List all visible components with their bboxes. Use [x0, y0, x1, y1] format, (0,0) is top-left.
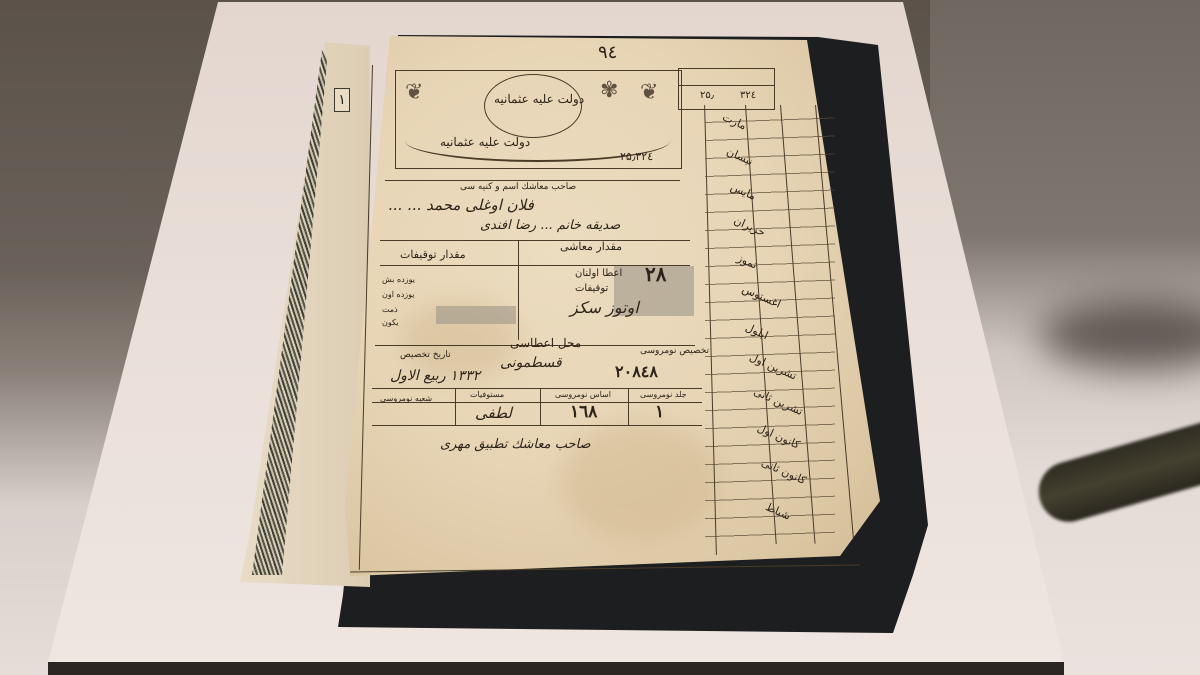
table-header: جلد نومروسی — [640, 390, 687, 399]
grant-place: قسطمونی — [500, 355, 562, 371]
floral-ornament-icon: ✾ — [600, 78, 618, 103]
serial-part: ۳۲٤ — [740, 90, 756, 101]
salary-row-label: اعطا اولنان — [575, 268, 622, 279]
divider — [628, 388, 629, 425]
owner-label: صاحب معاشك اسم و كنيه سی — [460, 182, 576, 192]
pedestal-edge — [48, 662, 1064, 675]
grant-date: ۱۳۳۲ ربیع الاول — [390, 368, 480, 384]
deduction-row: یوزده اون — [382, 290, 414, 299]
salary-handwritten-total: اوتوز سکز — [570, 298, 639, 317]
serial-box — [678, 68, 775, 110]
deduction-row: یکون — [382, 318, 399, 327]
table-cell: لطفی — [475, 404, 512, 422]
spine-number: ١ — [334, 88, 350, 112]
deduction-row: ذمت — [382, 305, 398, 314]
salary-title: مقدار معاشی — [560, 240, 622, 253]
divider — [455, 388, 456, 425]
divider — [518, 240, 519, 340]
tughra-text: دولت علیه عثمانیه — [494, 92, 584, 106]
footer-seal-label: صاحب معاشك تطبیق مهری — [440, 437, 591, 452]
serial-part: ۲۵٫ — [700, 90, 714, 101]
deduction-row: یوزده بش — [382, 275, 415, 284]
table-header: مستوفیات — [470, 390, 504, 399]
owner-line2: صدیقه خانم ... رضا افندی — [480, 218, 620, 233]
floral-ornament-icon: ❦ — [405, 80, 423, 105]
table-header: اساس نومروسی — [555, 390, 611, 399]
divider — [540, 388, 541, 425]
table-header: شعبه نومروسی — [380, 394, 432, 403]
grant-title: محل اعطاسی — [510, 336, 581, 350]
grant-number-label: تخصیص نومروسی — [640, 346, 709, 356]
salary-value: ۲۸ — [645, 262, 666, 286]
owner-name: فلان اوغلی محمد ... ... — [388, 196, 534, 214]
divider — [372, 388, 702, 389]
banner-text: دولت علیه عثمانیه — [440, 135, 530, 149]
table-cell: ۱٦۸ — [570, 402, 597, 422]
divider — [678, 85, 774, 86]
serial-number: ۲۵٫۳۲٤ — [620, 150, 653, 163]
grant-date-label: تاریخ تخصیص — [400, 350, 451, 360]
floral-ornament-icon: ❦ — [640, 80, 658, 105]
grant-number: ۲۰۸٤۸ — [615, 362, 658, 381]
page-number: ۹٤ — [598, 42, 617, 63]
deductions-title: مقدار توقیفات — [400, 248, 466, 261]
table-cell: ۱ — [655, 402, 664, 422]
divider — [372, 425, 702, 426]
deduction-shaded-cell — [436, 306, 516, 324]
divider — [380, 240, 690, 241]
month-grid — [705, 105, 835, 545]
divider — [385, 180, 680, 181]
salary-row-label: توقیفات — [575, 283, 608, 294]
